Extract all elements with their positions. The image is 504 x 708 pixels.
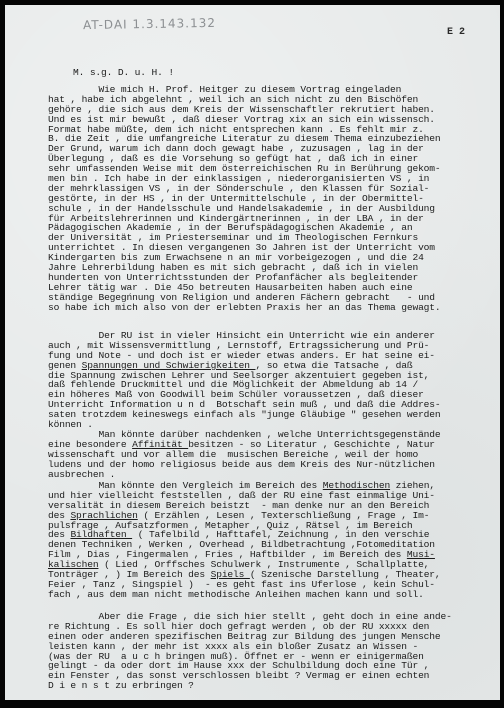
paragraph: Der RU ist in vieler Hinsicht ein Unterr… <box>48 331 441 430</box>
text-line: saten trotzdem keineswegs einfach als "j… <box>48 410 441 420</box>
paragraph: Man könnte den Vergleich im Bereich des … <box>48 481 441 600</box>
document-body: M. s.g. D. u. H. ! Wie mich H. Prof. Hei… <box>48 0 498 20</box>
salutation: M. s.g. D. u. H. ! <box>73 68 174 78</box>
paragraph: Aber die Frage , die sich hier stellt , … <box>48 612 452 691</box>
paragraph: Man könnte darüber nachdenken , welche U… <box>48 430 441 479</box>
text-line: fach , aus dem man nicht methodische Anl… <box>48 590 441 600</box>
text-line: ausbrechen . <box>48 470 441 480</box>
text-line: D i e n s t zu erbringen ? <box>48 681 452 691</box>
paragraph: Wie mich H. Prof. Heitger zu diesem Vort… <box>48 85 441 312</box>
text-line: so habe ich mich also von der erlebten P… <box>48 303 441 313</box>
page-number: E 2 <box>447 27 465 38</box>
